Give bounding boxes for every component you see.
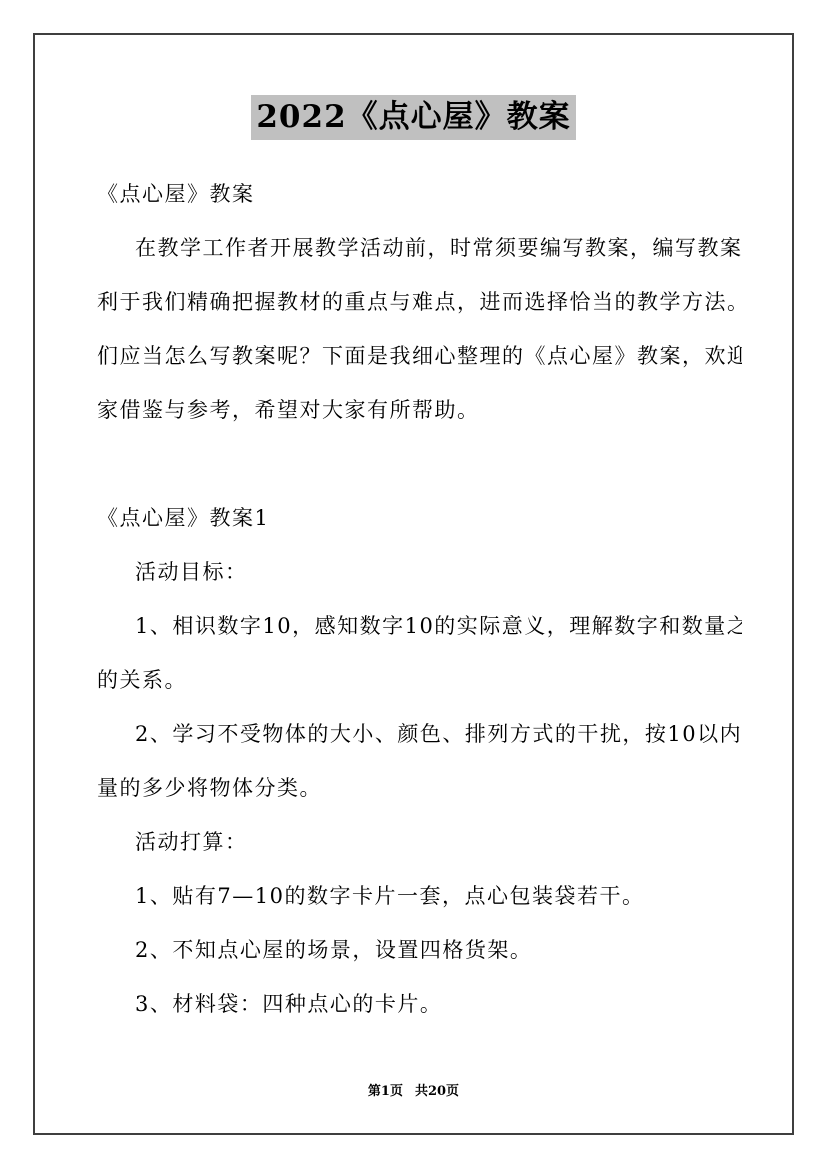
text-line: 1、贴有7—10的数字卡片一套，点心包装袋若干。: [97, 869, 742, 923]
text-line: 活动打算：: [97, 815, 742, 869]
text-line: 在教学工作者开展教学活动前，时常须要编写教案，编写教案有: [97, 221, 742, 275]
text-line: 的关系。: [97, 653, 742, 707]
text-line: 1、相识数字10，感知数字10的实际意义，理解数字和数量之间: [97, 599, 742, 653]
text-line: 家借鉴与参考，希望对大家有所帮助。: [97, 383, 742, 437]
text-line: 2、不知点心屋的场景，设置四格货架。: [97, 923, 742, 977]
page-footer: 第1页共20页: [35, 1080, 792, 1099]
text-line: 2、学习不受物体的大小、颜色、排列方式的干扰，按10以内数: [97, 707, 742, 761]
document-body: 《点心屋》教案在教学工作者开展教学活动前，时常须要编写教案，编写教案有利于我们精…: [35, 167, 792, 1031]
page-number-label: 第1页: [368, 1084, 403, 1099]
text-line: 利于我们精确把握教材的重点与难点，进而选择恰当的教学方法。我: [97, 275, 742, 329]
text-line: 活动目标：: [97, 545, 742, 599]
text-line: 3、材料袋：四种点心的卡片。: [97, 977, 742, 1031]
text-line: 《点心屋》教案1: [97, 491, 742, 545]
document-title: 2022《点心屋》教案: [251, 95, 575, 140]
document-page: 2022《点心屋》教案 《点心屋》教案在教学工作者开展教学活动前，时常须要编写教…: [33, 33, 794, 1135]
text-line: 们应当怎么写教案呢？下面是我细心整理的《点心屋》教案，欢迎大: [97, 329, 742, 383]
text-line: [97, 437, 742, 491]
document-canvas: 2022《点心屋》教案 《点心屋》教案在教学工作者开展教学活动前，时常须要编写教…: [0, 0, 827, 1170]
title-row: 2022《点心屋》教案: [35, 95, 792, 140]
page-total-label: 共20页: [415, 1084, 459, 1099]
text-line: 量的多少将物体分类。: [97, 761, 742, 815]
text-line: 《点心屋》教案: [97, 167, 742, 221]
